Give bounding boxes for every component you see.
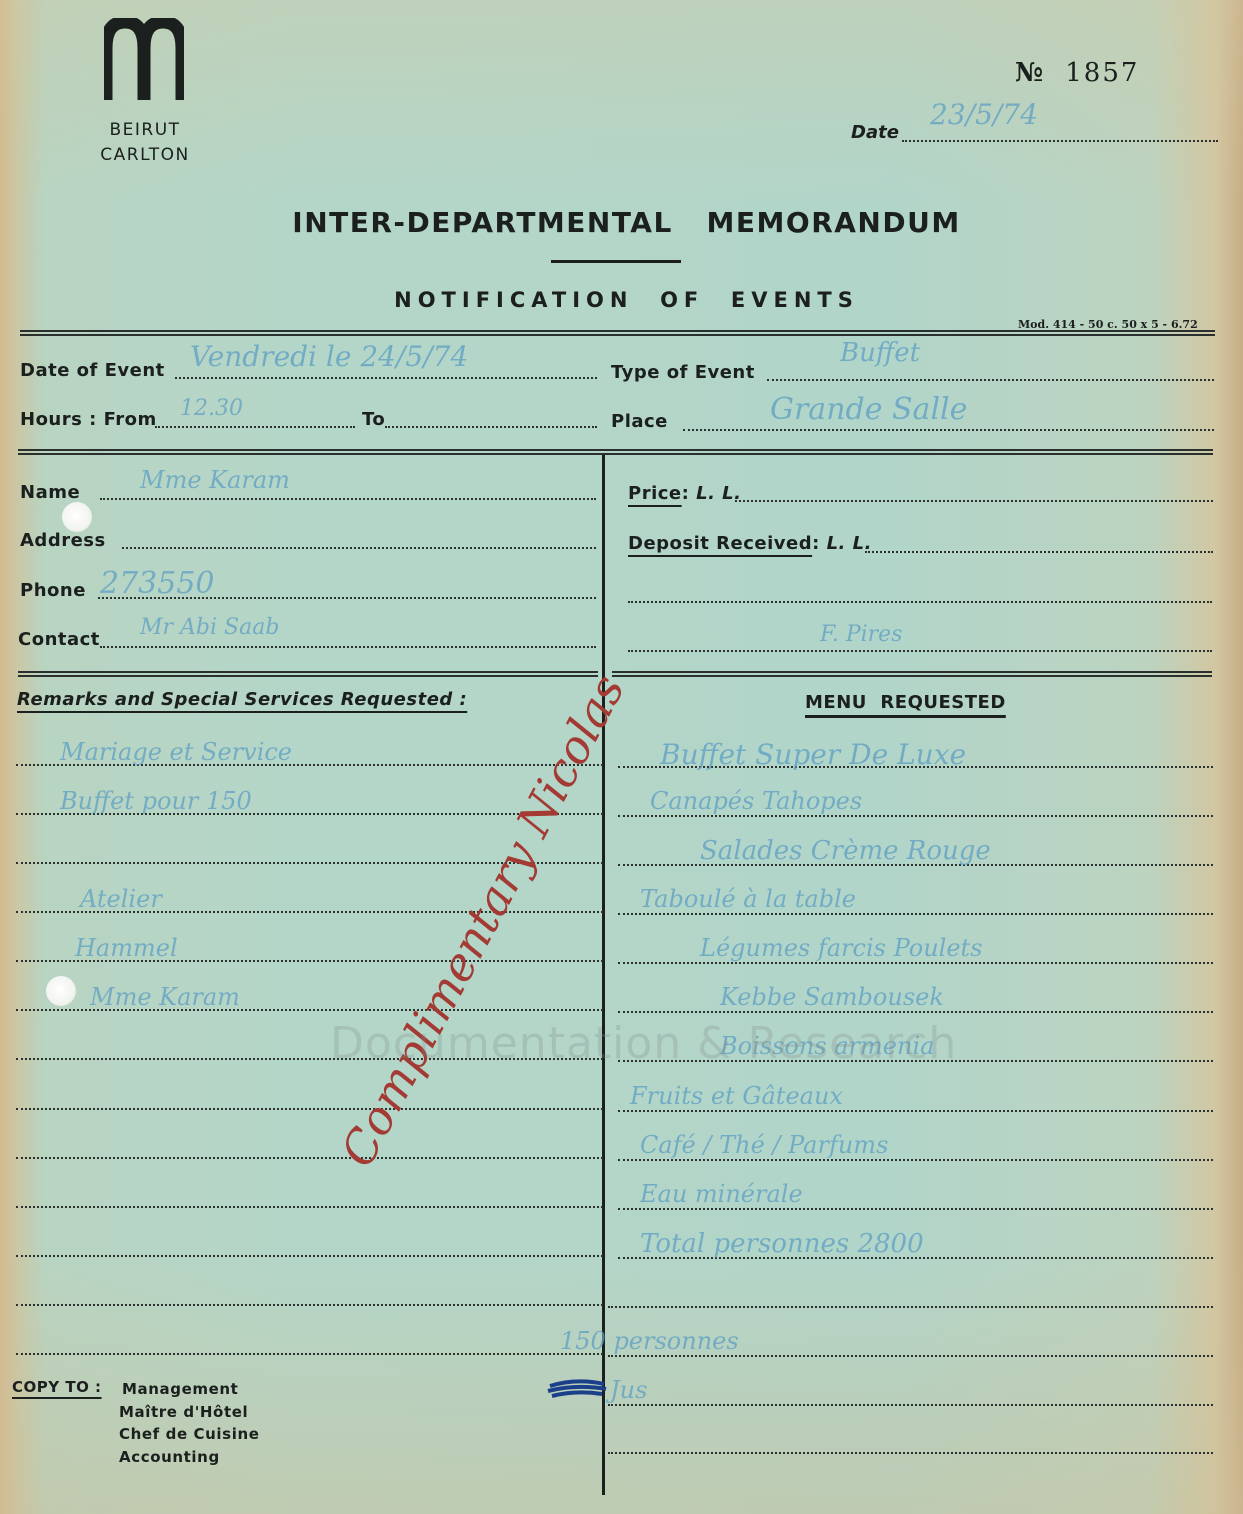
serial-value: 1857	[1065, 58, 1139, 88]
menu-entry: Eau minérale	[640, 1180, 803, 1208]
place-value: Grande Salle	[770, 392, 967, 427]
hours-to-field[interactable]	[385, 426, 597, 428]
punch-hole	[46, 976, 76, 1006]
deposit-label-text: Deposit Received	[628, 533, 812, 554]
remarks-entry: Atelier	[80, 885, 162, 913]
menu-entry: Jus	[610, 1376, 647, 1404]
menu-entry: Café / Thé / Parfums	[640, 1131, 888, 1159]
red-signature-annotation: Complimentary Nicolas	[330, 666, 635, 1176]
menu-entry: Buffet Super De Luxe	[660, 738, 966, 771]
copy-to-label: COPY TO :	[12, 1378, 102, 1396]
menu-entry: Salades Crème Rouge	[700, 836, 991, 866]
page-subtitle: NOTIFICATION OF EVENTS	[0, 288, 1243, 312]
hours-from-field[interactable]	[155, 426, 355, 428]
client-double-rule-left	[18, 671, 598, 677]
serial-number: №1857	[1015, 58, 1139, 88]
menu-line[interactable]	[618, 913, 1213, 915]
client-double-rule-right	[612, 671, 1212, 677]
contact-field[interactable]	[100, 646, 596, 648]
recipient-chef-de-cuisine: Chef de Cuisine	[119, 1423, 260, 1446]
menu-entry: Canapés Tahopes	[650, 787, 862, 815]
menu-line[interactable]	[618, 1208, 1213, 1210]
recipient-maitre-dhotel: Maître d'Hôtel	[119, 1401, 260, 1424]
payment-extra-line-2[interactable]	[628, 650, 1212, 652]
remarks-entry: Hammel	[75, 934, 178, 962]
place-field[interactable]	[683, 429, 1214, 431]
remarks-entry: Buffet pour 150	[60, 787, 252, 815]
payment-extra-note: F. Pires	[820, 622, 903, 647]
page-title: INTER-DEPARTMENTAL MEMORANDUM	[0, 206, 1243, 239]
address-field[interactable]	[122, 547, 596, 549]
remarks-line[interactable]	[16, 1304, 603, 1306]
title-divider	[551, 260, 681, 263]
recipient-accounting: Accounting	[119, 1446, 260, 1469]
menu-entry: Kebbe Sambousek	[720, 983, 944, 1011]
date-of-event-value: Vendredi le 24/5/74	[190, 340, 468, 373]
remarks-line[interactable]	[16, 1255, 603, 1257]
archive-watermark: Documentation & Research	[330, 1018, 957, 1069]
hours-from-label: Hours : From	[20, 409, 157, 430]
date-field[interactable]	[902, 140, 1218, 142]
menu-line[interactable]	[618, 815, 1213, 817]
deposit-field[interactable]	[865, 551, 1213, 553]
menu-entry: Fruits et Gâteaux	[630, 1082, 843, 1110]
type-of-event-value: Buffet	[840, 338, 920, 368]
price-label-text: Price	[628, 483, 682, 504]
remarks-heading: Remarks and Special Services Requested :	[17, 689, 467, 710]
menu-line[interactable]	[618, 1159, 1213, 1161]
payment-extra-line-1[interactable]	[628, 601, 1212, 603]
menu-entry: Légumes farcis Poulets	[700, 934, 983, 962]
contact-value: Mr Abi Saab	[140, 615, 279, 640]
copy-to-recipients: Management Maître d'Hôtel Chef de Cuisin…	[119, 1378, 260, 1468]
number-symbol: №	[1015, 58, 1043, 88]
name-label: Name	[20, 482, 80, 503]
phone-label: Phone	[20, 580, 86, 601]
punch-hole	[62, 502, 92, 532]
menu-entry: Total personnes 2800	[640, 1229, 924, 1259]
menu-line[interactable]	[608, 1355, 1213, 1357]
date-of-event-label: Date of Event	[20, 360, 165, 381]
ink-scribble-icon	[546, 1378, 608, 1400]
price-label: Price: L. L.	[628, 483, 741, 504]
type-of-event-field[interactable]	[767, 379, 1214, 381]
remarks-line[interactable]	[16, 1353, 603, 1355]
name-field[interactable]	[100, 498, 596, 500]
menu-line[interactable]	[608, 1452, 1213, 1454]
hours-to-label: To	[362, 409, 385, 430]
phone-value: 273550	[100, 566, 215, 601]
menu-entry: 150 personnes	[560, 1327, 739, 1355]
menu-entry: Taboulé à la table	[640, 885, 856, 913]
name-value: Mme Karam	[140, 466, 290, 494]
price-field[interactable]	[735, 500, 1213, 502]
copy-to-label-text: COPY TO :	[12, 1378, 102, 1396]
hours-from-value: 12.30	[180, 396, 243, 421]
menu-heading: MENU REQUESTED	[805, 692, 1006, 713]
header-double-rule	[20, 330, 1215, 336]
hotel-name: BEIRUT CARLTON	[70, 118, 220, 168]
menu-line[interactable]	[608, 1306, 1213, 1308]
address-label: Address	[20, 530, 106, 551]
date-of-event-field[interactable]	[175, 377, 597, 379]
contact-label: Contact	[18, 629, 100, 650]
hotel-name-line1: BEIRUT	[70, 118, 220, 143]
menu-line[interactable]	[608, 1404, 1213, 1406]
menu-line[interactable]	[618, 1011, 1213, 1013]
remarks-line[interactable]	[16, 1157, 603, 1159]
remarks-entry: Mme Karam	[90, 983, 240, 1011]
remarks-entry: Mariage et Service	[60, 738, 292, 766]
place-label: Place	[611, 411, 668, 432]
date-label: Date	[851, 122, 899, 143]
menu-line[interactable]	[618, 1110, 1213, 1112]
hotel-name-line2: CARLTON	[70, 143, 220, 168]
type-of-event-label: Type of Event	[611, 362, 755, 383]
remarks-line[interactable]	[16, 1206, 603, 1208]
event-info-double-rule	[18, 449, 1213, 455]
menu-line[interactable]	[618, 962, 1213, 964]
carlton-logo-icon	[104, 18, 184, 100]
remarks-line[interactable]	[16, 1108, 603, 1110]
date-handwritten: 23/5/74	[930, 98, 1038, 131]
recipient-management: Management	[119, 1378, 260, 1401]
deposit-label: Deposit Received: L. L.	[628, 533, 872, 554]
